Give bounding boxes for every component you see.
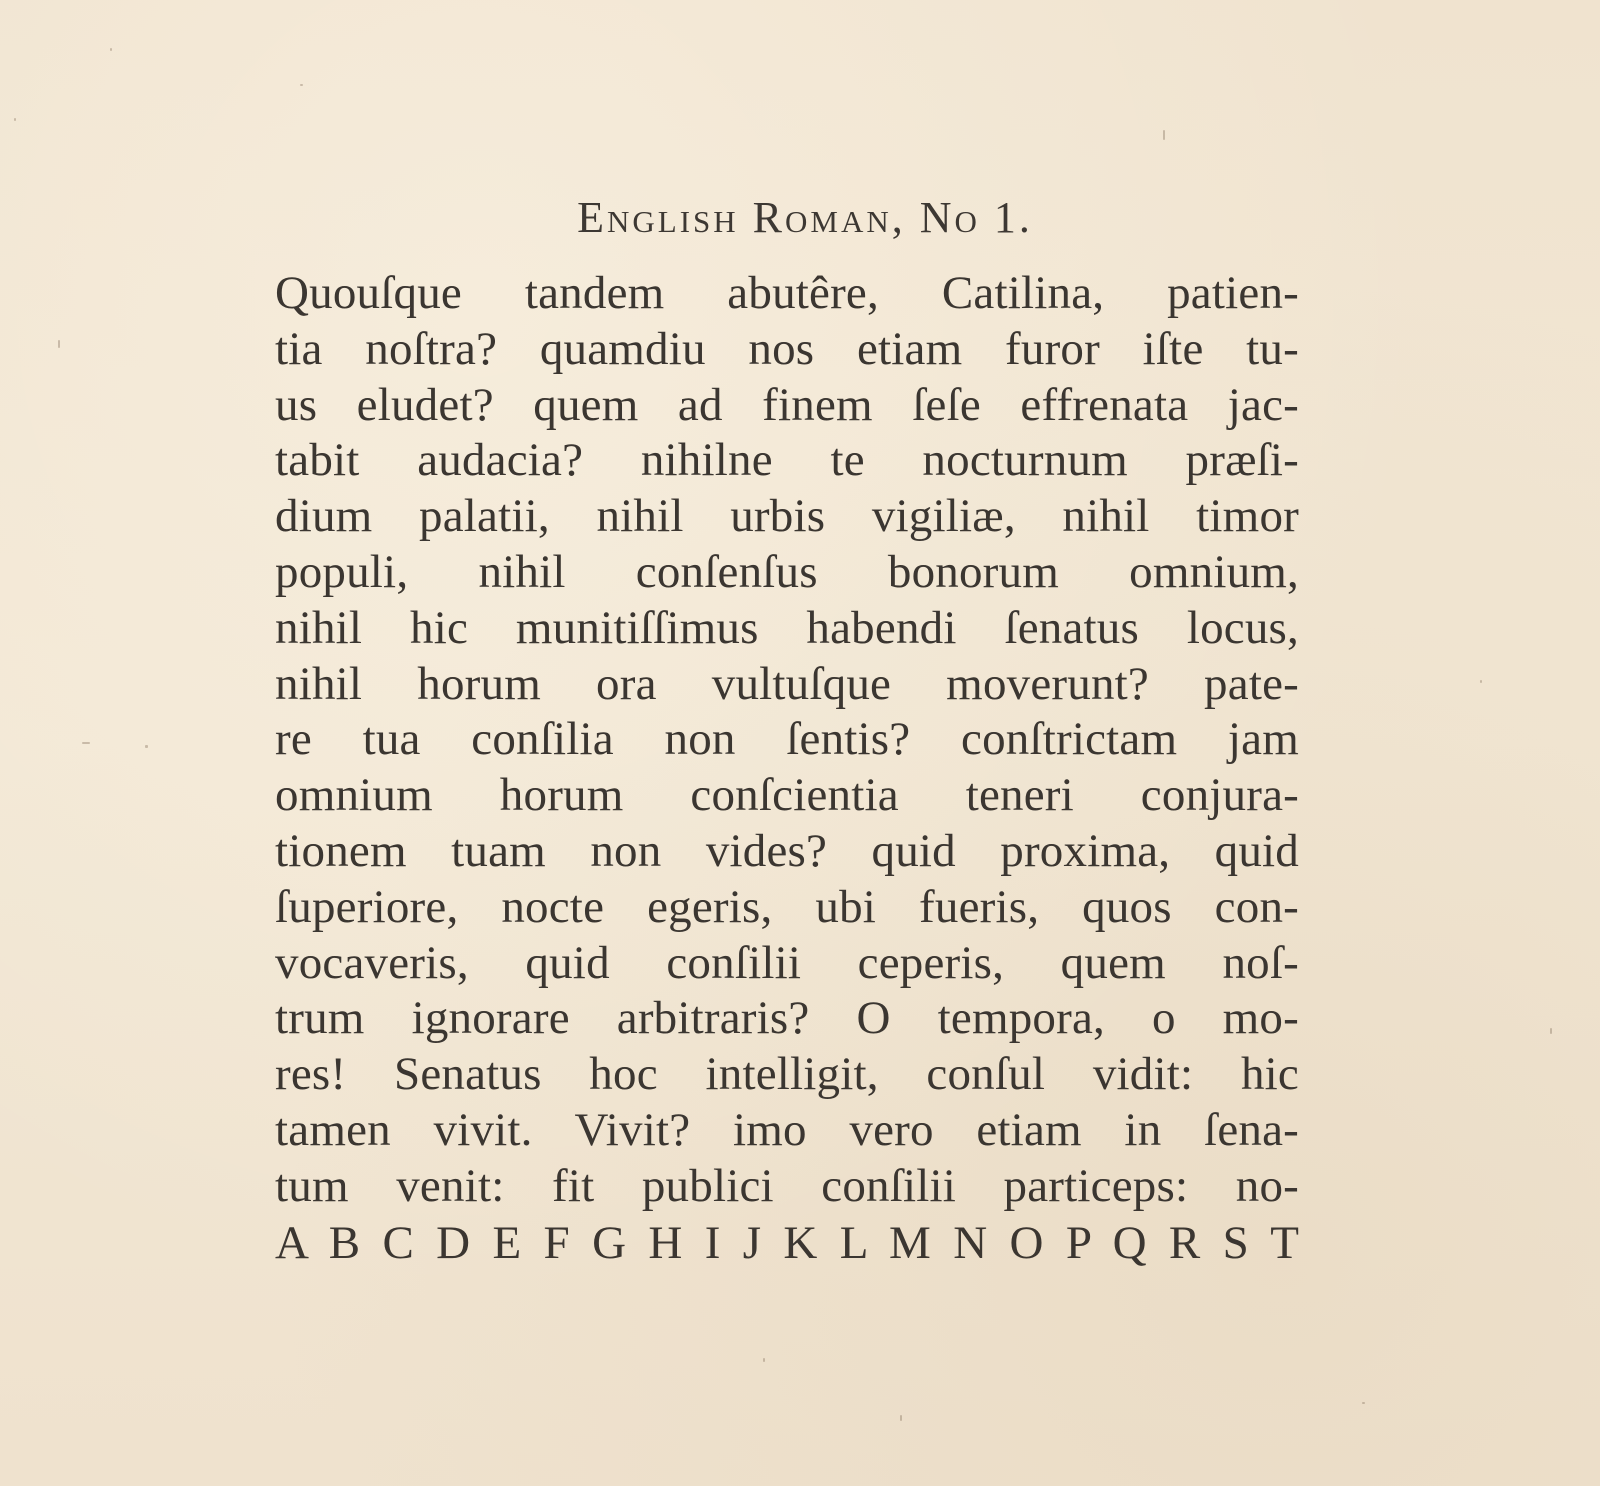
text-line: ſuperiore, nocte egeris, ubi fueris, quo… — [275, 880, 1299, 936]
text-line: dium palatii, nihil urbis vigiliæ, nihil… — [275, 489, 1299, 545]
text-line: vocaveris, quid conſilii ceperis, quem n… — [275, 936, 1299, 992]
text-line: tia noſtra? quamdiu nos etiam furor iſte… — [275, 322, 1299, 378]
text-line: tionem tuam non vides? quid proxima, qui… — [275, 824, 1299, 880]
paper-fleck — [1163, 130, 1165, 140]
text-line: populi, nihil conſenſus bonorum omnium, — [275, 545, 1299, 601]
paper-fleck — [1550, 1028, 1552, 1034]
paper-fleck — [300, 84, 303, 86]
text-line: Quouſque tandem abutêre, Catilina, patie… — [275, 266, 1299, 322]
text-line: res! Senatus hoc intelligit, conſul vidi… — [275, 1047, 1299, 1103]
text-line: trum ignorare arbitraris? O tempora, o m… — [275, 991, 1299, 1047]
paper-fleck — [110, 48, 112, 51]
paper-fleck — [58, 340, 60, 348]
text-line: tamen vivit. Vivit? imo vero etiam in ſe… — [275, 1103, 1299, 1159]
page-title: English Roman, No 1. — [0, 190, 1600, 246]
text-line: omnium horum conſcientia teneri conjura- — [275, 768, 1299, 824]
specimen-page: English Roman, No 1. Quouſque tandem abu… — [0, 0, 1600, 1486]
paper-fleck — [14, 118, 16, 121]
paper-fleck — [1362, 1402, 1365, 1404]
paper-fleck — [1480, 680, 1482, 683]
text-line: us eludet? quem ad finem ſeſe effrenata … — [275, 378, 1299, 434]
paper-fleck — [763, 1358, 765, 1362]
alphabet-line: A B C D E F G H I J K L M N O P Q R S T — [275, 1215, 1299, 1271]
specimen-text-block: Quouſque tandem abutêre, Catilina, patie… — [275, 266, 1299, 1271]
text-line: nihil horum ora vultuſque moverunt? pate… — [275, 657, 1299, 713]
paper-fleck — [82, 742, 90, 744]
text-line: tabit audacia? nihilne te nocturnum præſ… — [275, 433, 1299, 489]
paper-fleck — [145, 745, 148, 748]
text-line: tum venit: fit publici conſilii particep… — [275, 1159, 1299, 1215]
text-line: re tua conſilia non ſentis? conſtrictam … — [275, 712, 1299, 768]
paper-fleck — [900, 1415, 902, 1421]
text-line: nihil hic munitiſſimus habendi ſenatus l… — [275, 601, 1299, 657]
